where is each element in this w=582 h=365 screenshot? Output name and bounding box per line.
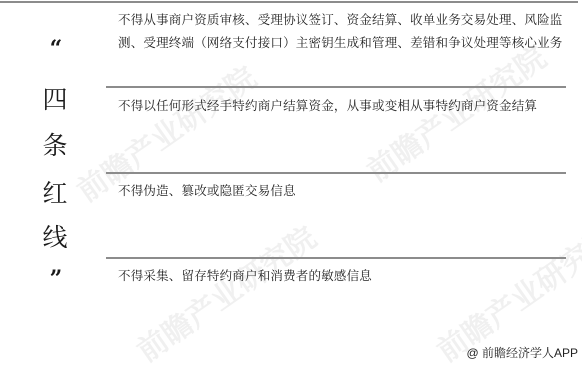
title-char-xian: 线	[36, 224, 74, 252]
rule-item-1: 不得从事商户资质审核、受理协议签订、资金结算、收单业务交易处理、风险监测、受理终…	[118, 8, 566, 54]
open-quote: “	[36, 38, 74, 60]
watermark: 前瞻产业研究院	[426, 214, 582, 365]
divider-2	[106, 172, 566, 174]
rule-item-3: 不得伪造、篡改或隐匿交易信息	[118, 179, 566, 202]
source-credit: @ 前瞻经济学人APP	[466, 344, 578, 361]
close-quote: ”	[36, 268, 74, 290]
title-char-hong: 红	[36, 180, 74, 208]
rule-item-4: 不得采集、留存特约商户和消费者的敏感信息	[118, 264, 566, 287]
rule-item-2: 不得以任何形式经手特约商户结算资金，从事或变相从事特约商户资金结算	[118, 94, 566, 117]
top-divider	[0, 1, 578, 3]
title-char-si: 四	[36, 86, 74, 114]
title-char-tiao: 条	[36, 132, 74, 160]
watermark: 前瞻产业研究院	[126, 214, 323, 365]
divider-1	[106, 86, 566, 88]
divider-3	[106, 257, 566, 259]
